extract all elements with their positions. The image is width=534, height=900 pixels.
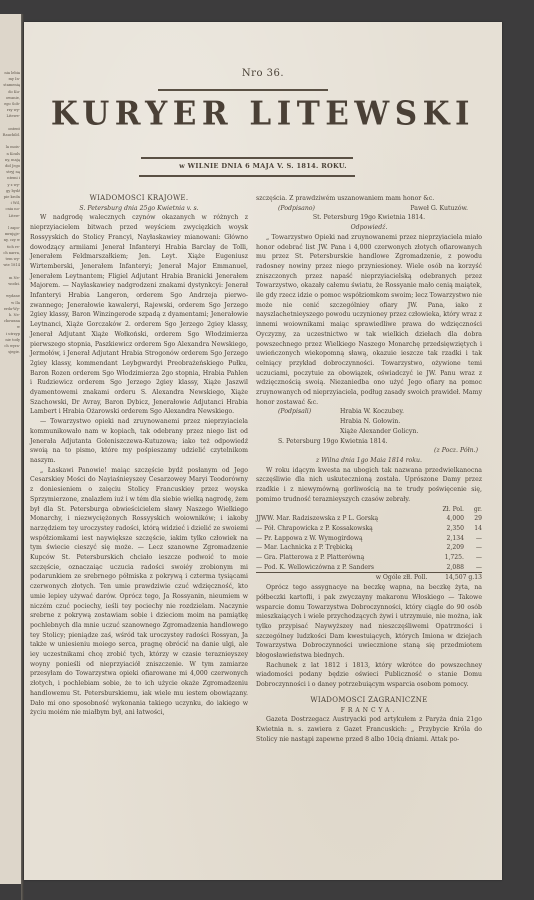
masthead-rule-bottom (139, 175, 355, 177)
newspaper-page: Nro 36. KURYER LITEWSKI w WILNIE DNIA 6 … (24, 22, 502, 880)
left-column: WIADOMOSCI KRAJOWE. S. Petersburg dnia 2… (30, 194, 248, 718)
adjacent-left-page: nia lebiamy In-stameniądo Ku-owanie,ego … (0, 14, 22, 884)
reply-paragraph: „ Towarzystwo Opieki nad zruynowanemi pr… (256, 233, 482, 408)
left-page-fragment: stamenią (0, 82, 22, 88)
country-heading: FRANCYA. (256, 706, 482, 716)
additional-donations-paragraph: Oprócz tego assygnacye na beczkę wapna, … (256, 583, 482, 661)
table-row: — Pr. Łappowa z W. Wymogirdową 2,134 — (256, 534, 482, 544)
collection-paragraph: W roku idącym kwesta na ubogich tak nazw… (256, 466, 482, 505)
column-header-zloty: Zł. Pol. (431, 505, 468, 515)
left-page-fragment: erda-Wy- (0, 306, 22, 312)
article-paragraph: W nadgrodę walecznych czynów okazanych w… (30, 213, 248, 417)
left-page-fragment: wie 1814 (0, 262, 22, 268)
article-paragraph: „ Łaskawi Panowie! maiąc szczęście bydź … (30, 466, 248, 718)
reply-date: S. Petersburg 19go Kwietnia 1814. (256, 437, 482, 447)
newspaper-title: KURYER LITEWSKI (24, 95, 502, 133)
right-column: szczęścia. Z prawdziwém uszanowaniem mam… (256, 194, 482, 744)
signature-block-kutuzov: (Podpisano) Paweł G. Kutuzów. (256, 204, 482, 214)
letter-closing: szczęścia. Z prawdziwém uszanowaniem mam… (256, 194, 482, 204)
issue-number: Nro 36. (24, 68, 502, 79)
section-title-foreign-news: WIADOMOSCI ZAGRANICZNE (256, 696, 482, 706)
table-row: — Mar. Lachnicka z P. Trębicką 2,209 — (256, 543, 482, 553)
donations-table: Zł. Pol. gr. JJWW. Mar. Radziszewska z P… (256, 505, 482, 584)
signature-name: Xiąże Alexander Golicyn. (340, 427, 418, 437)
column-header-grosz: gr. (468, 505, 482, 515)
left-page-fragment: sjegie. (0, 349, 22, 355)
table-row: JJWW. Mar. Radziszewska z P L. Gorską 4,… (256, 514, 482, 524)
masthead-rule-middle (141, 157, 353, 159)
section-title-domestic-news: WIADOMOSCI KRAJOWE. (30, 194, 248, 204)
source-attribution: (z Pocz. Półn.) (256, 446, 482, 456)
reply-title: Odpowiedź. (256, 223, 482, 233)
table-header-row: Zł. Pol. gr. (256, 505, 482, 515)
article-paragraph: — Towarzystwo opieki nad zruynowanemi pr… (30, 417, 248, 466)
table-row: — Pół. Chrapowicka z P. Kossakowską 2,35… (256, 524, 482, 534)
article-dateline: S. Petersburg dnia 25go Kwietnia v. s. (30, 204, 248, 214)
left-page-text-fragments: nia lebiamy In-stameniądo Ku-owanie,ego … (0, 14, 22, 355)
left-page-fragment: ny, czy w (0, 237, 22, 243)
signature-label: (Podpisano) (278, 204, 315, 214)
signature-name: Paweł G. Kutuzów. (410, 204, 468, 214)
issue-dateline: w WILNIE DNIA 6 MAJA V. S. 1814. ROKU. (24, 162, 502, 170)
table-row: — Gra. Platterowa z P. Platterówną 1,725… (256, 553, 482, 563)
signature-label: (Podpisali) (278, 407, 340, 436)
signature-block-society: (Podpisali) Hrabia W. Koczubey. Hrabia N… (256, 407, 482, 436)
signature-name: Hrabia W. Koczubey. (340, 407, 418, 417)
letter-date: St. Petersburg 19go Kwietnia 1814. (256, 213, 482, 223)
masthead-rule-top (158, 89, 328, 91)
wilno-dateline: z Wilna dnia 1go Maia 1814 roku. (256, 456, 482, 466)
left-page-fragment: chowana w (0, 318, 22, 330)
table-row: — Pod. K. Wellowiczówna z P. Sanders 2,0… (256, 563, 482, 573)
foreign-article-paragraph: Gazeta Dostrzegacz Austryacki pod artyku… (256, 715, 482, 744)
table-total-row: w Ogóle złł. Poll. 14,507 g.13 (256, 573, 482, 583)
signature-name: Hrabia N. Gołowin. (340, 417, 418, 427)
accounts-paragraph: Rachunek z lat 1812 i 1813, który wkrótc… (256, 661, 482, 690)
